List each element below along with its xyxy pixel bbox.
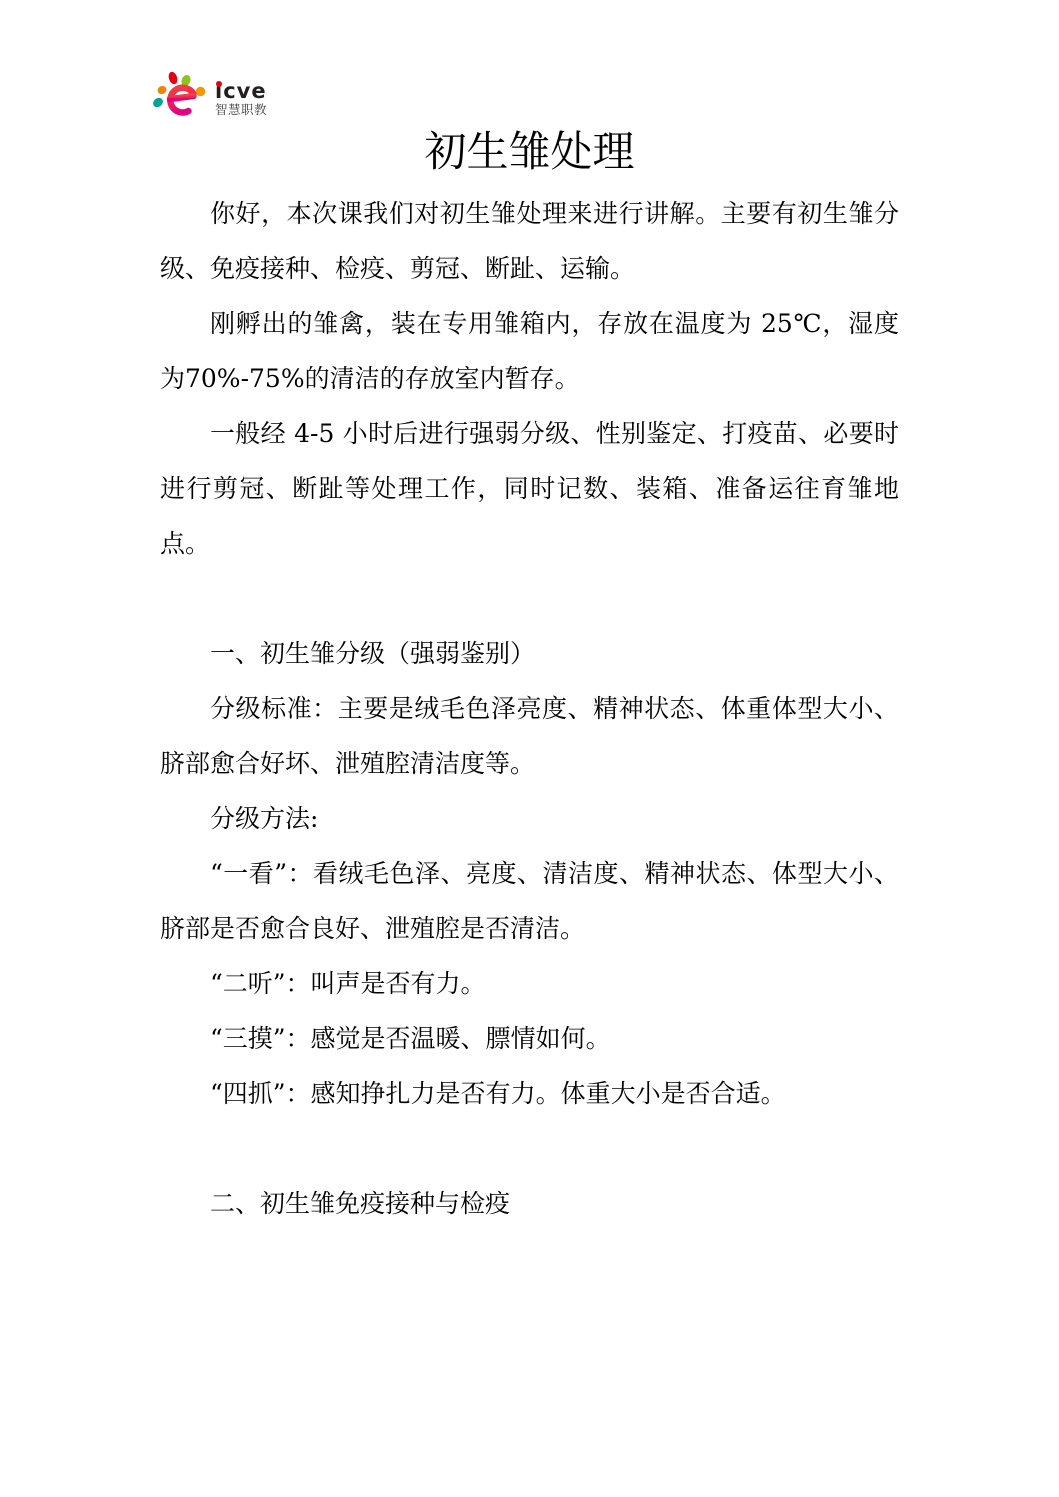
paragraph-method-listen: “二听”：叫声是否有力。	[160, 956, 899, 1011]
section-heading-1: 一、初生雏分级（强弱鉴别）	[160, 626, 899, 681]
logo-text: icve 智慧职教	[215, 70, 267, 116]
section-heading-2: 二、初生雏免疫接种与检疫	[160, 1176, 899, 1231]
paragraph-method-touch: “三摸”：感觉是否温暖、膘情如何。	[160, 1011, 899, 1066]
document-title: 初生雏处理	[160, 120, 899, 184]
icve-logo: icve 智慧职教	[152, 70, 267, 118]
document-page: icve 智慧职教 初生雏处理 你好，本次课我们对初生雏处理来进行讲解。主要有初…	[0, 0, 1059, 1497]
paragraph-processing: 一般经 4-5 小时后进行强弱分级、性别鉴定、打疫苗、必要时进行剪冠、断趾等处理…	[160, 406, 899, 571]
document-body: 你好，本次课我们对初生雏处理来进行讲解。主要有初生雏分级、免疫接种、检疫、剪冠、…	[160, 186, 899, 1231]
blank-line	[160, 571, 899, 626]
logo-subtitle: 智慧职教	[215, 103, 267, 116]
paragraph-method-look: “一看”：看绒毛色泽、亮度、清洁度、精神状态、体型大小、脐部是否愈合良好、泄殖腔…	[160, 846, 899, 956]
logo-mark-icon	[152, 70, 206, 118]
paragraph-storage: 刚孵出的雏禽，装在专用雏箱内，存放在温度为 25℃，湿度为70%-75%的清洁的…	[160, 296, 899, 406]
logo-i-dot-icon	[216, 81, 222, 87]
logo-brand-label: icve	[215, 79, 267, 103]
paragraph-intro: 你好，本次课我们对初生雏处理来进行讲解。主要有初生雏分级、免疫接种、检疫、剪冠、…	[160, 186, 899, 296]
paragraph-grading-method: 分级方法:	[160, 791, 899, 846]
blank-line	[160, 1121, 899, 1176]
paragraph-method-grab: “四抓”：感知挣扎力是否有力。体重大小是否合适。	[160, 1066, 899, 1121]
paragraph-grading-standard: 分级标准：主要是绒毛色泽亮度、精神状态、体重体型大小、脐部愈合好坏、泄殖腔清洁度…	[160, 681, 899, 791]
logo-brand-text: icve	[215, 82, 267, 101]
